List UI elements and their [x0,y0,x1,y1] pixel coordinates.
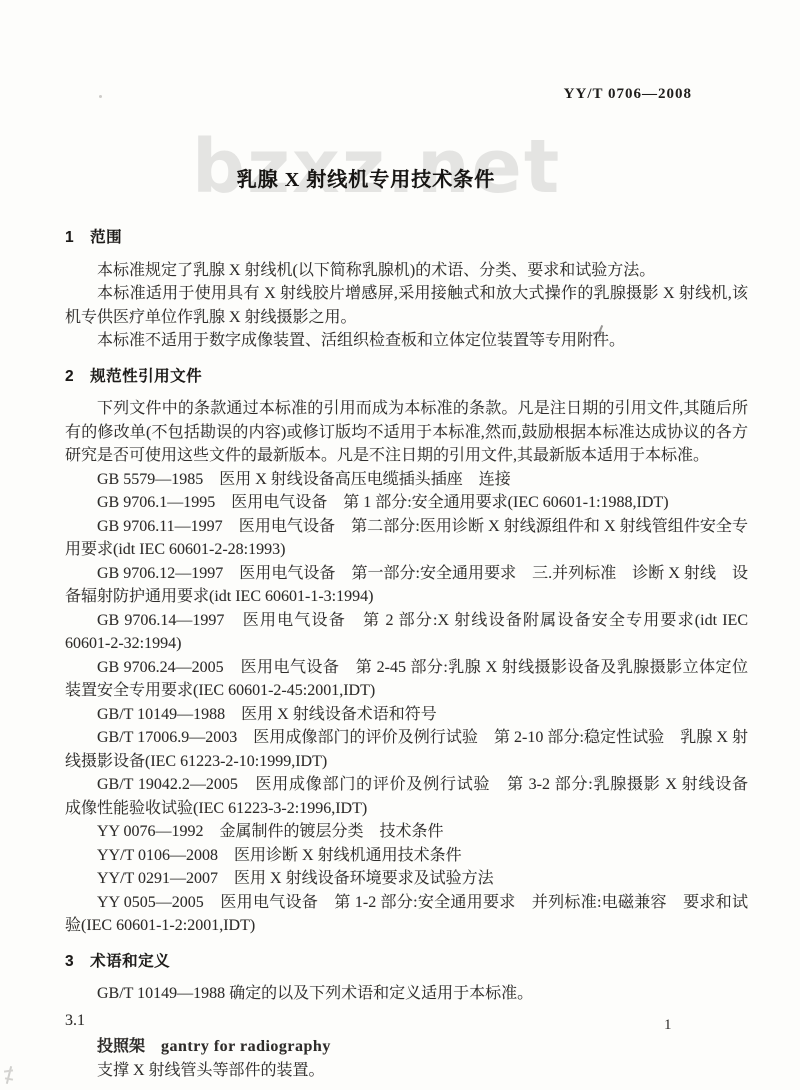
reference-item: GB 9706.12—1997 医用电气设备 第一部分:安全通用要求 三.并列标… [65,562,748,609]
section-2-intro: 下列文件中的条款通过本标准的引用而成为本标准的条款。凡是注日期的引用文件,其随后… [65,397,748,468]
term-chinese: 投照架 [97,1038,145,1055]
scan-dot-artifact [99,95,102,98]
section-1-paragraph: 本标准不适用于数字成像装置、活组织检查板和立体定位装置等专用附件。 [65,329,748,353]
section-1-heading: 1 范围 [65,221,748,259]
reference-item: GB 9706.24—2005 医用电气设备 第 2-45 部分:乳腺 X 射线… [65,656,748,703]
standard-number: YY/T 0706—2008 [564,86,692,103]
reference-item: GB/T 10149—1988 医用 X 射线设备术语和符号 [65,703,748,727]
scan-scribble-artifact [3,1066,15,1086]
reference-item: GB/T 19042.2—2005 医用成像部门的评价及例行试验 第 3-2 部… [65,773,748,820]
page-number: 1 [664,1017,672,1034]
section-3-heading: 3 术语和定义 [65,938,748,983]
reference-item: YY/T 0106—2008 医用诊断 X 射线机通用技术条件 [65,844,748,868]
term-definition: 支撑 X 射线管头等部件的装置。 [65,1059,748,1083]
term-entry: 投照架 gantry for radiography [65,1035,748,1059]
document-body: 1 范围 本标准规定了乳腺 X 射线机(以下简称乳腺机)的术语、分类、要求和试验… [65,221,748,1082]
section-2-heading: 2 规范性引用文件 [65,353,748,398]
section-3-intro: GB/T 10149—1988 确定的以及下列术语和定义适用于本标准。 [65,982,748,1006]
scan-mark-artifact [591,324,602,335]
reference-item: GB 9706.14—1997 医用电气设备 第 2 部分:X 射线设备附属设备… [65,609,748,656]
reference-item: GB 5579—1985 医用 X 射线设备高压电缆插头插座 连接 [65,468,748,492]
section-1-paragraph: 本标准规定了乳腺 X 射线机(以下简称乳腺机)的术语、分类、要求和试验方法。 [65,259,748,283]
reference-item: YY 0505—2005 医用电气设备 第 1-2 部分:安全通用要求 并列标准… [65,891,748,938]
reference-item: YY 0076—1992 金属制件的镀层分类 技术条件 [65,820,748,844]
document-page: YY/T 0706—2008 bzxz.net 乳腺 X 射线机专用技术条件 1… [0,0,800,1090]
term-english: gantry for radiography [149,1038,331,1055]
reference-item: YY/T 0291—2007 医用 X 射线设备环境要求及试验方法 [65,867,748,891]
reference-item: GB 9706.1—1995 医用电气设备 第 1 部分:安全通用要求(IEC … [65,491,748,515]
clause-number: 3.1 [65,1006,748,1036]
reference-item: GB 9706.11—1997 医用电气设备 第二部分:医用诊断 X 射线源组件… [65,515,748,562]
section-1-paragraph: 本标准适用于使用具有 X 射线胶片增感屏,采用接触式和放大式操作的乳腺摄影 X … [65,282,748,329]
reference-item: GB/T 17006.9—2003 医用成像部门的评价及例行试验 第 2-10 … [65,726,748,773]
document-title: 乳腺 X 射线机专用技术条件 [0,163,732,192]
